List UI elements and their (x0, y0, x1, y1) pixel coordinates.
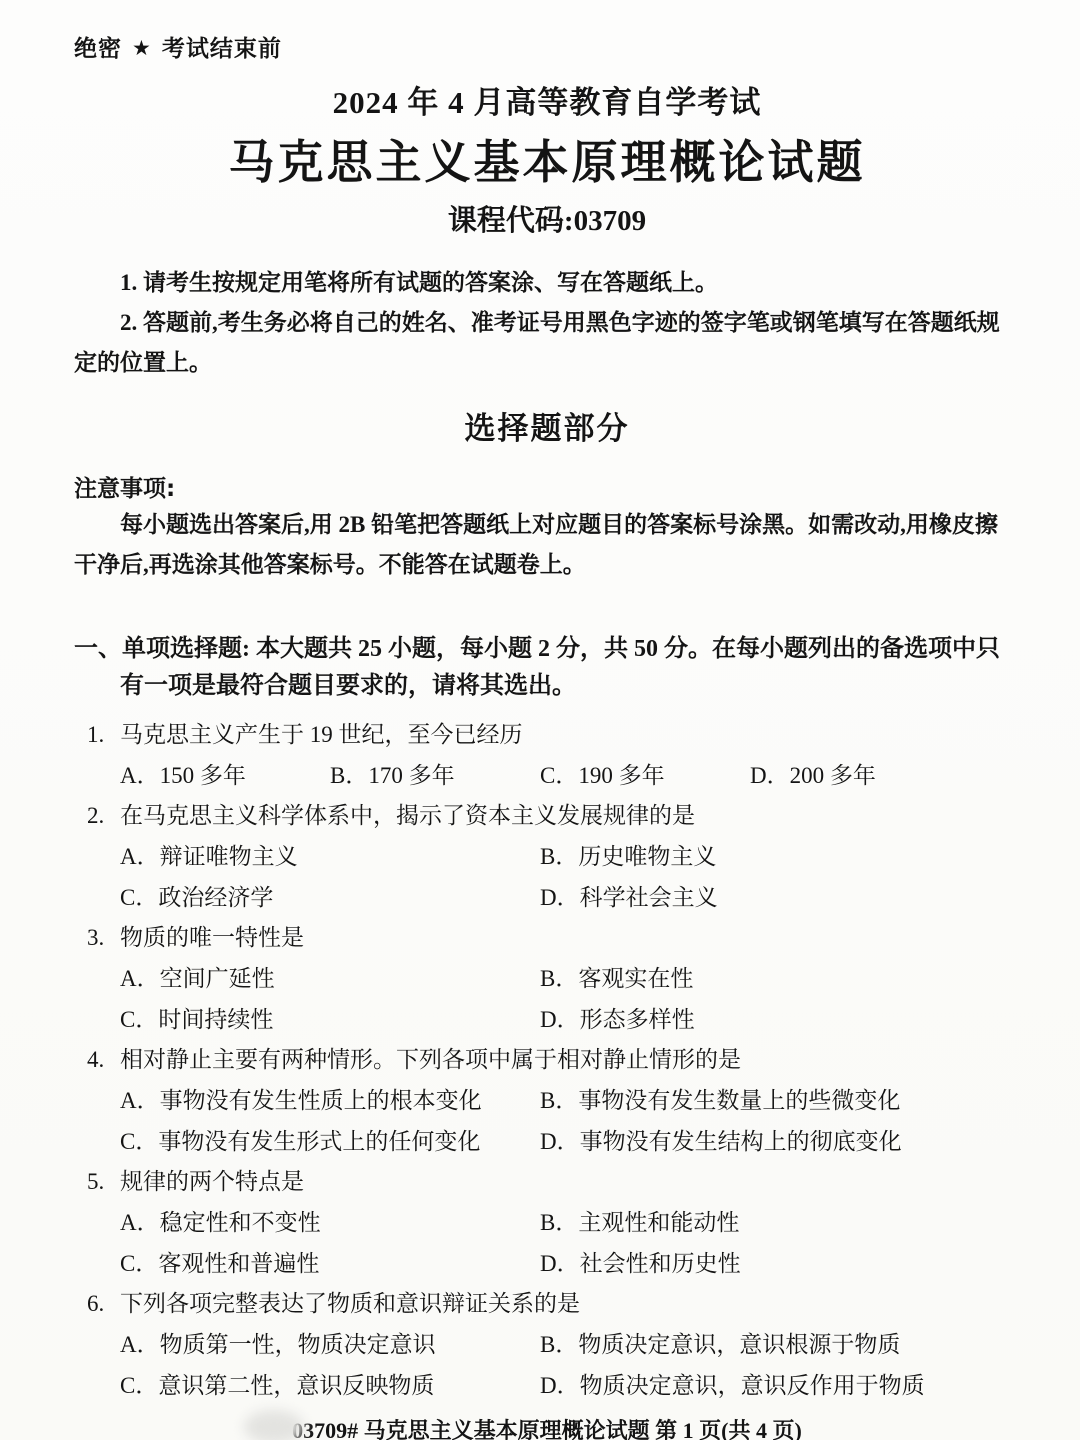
option-c: C．190 多年 (540, 755, 750, 796)
question-3: 3. 物质的唯一特性是 A．空间广延性 B．客观实在性 C．时间持续性 D．形态… (74, 918, 1020, 1040)
question-number: 4. (74, 1040, 120, 1080)
classification-banner: 绝密 ★ 考试结束前 (74, 30, 1020, 63)
question-stem: 在马克思主义科学体系中，揭示了资本主义发展规律的是 (120, 796, 1020, 836)
option-d: D．物质决定意识，意识反作用于物质 (540, 1365, 1020, 1406)
option-c: C．事物没有发生形式上的任何变化 (120, 1121, 540, 1162)
question-options: A．稳定性和不变性 B．主观性和能动性 C．客观性和普遍性 D．社会性和历史性 (120, 1202, 1020, 1284)
page-footer: 03709# 马克思主义基本原理概论试题 第 1 页(共 4 页) (74, 1414, 1020, 1440)
option-d: D．形态多样性 (540, 999, 1020, 1040)
option-a: A．物质第一性，物质决定意识 (120, 1324, 540, 1365)
option-d: D．社会性和历史性 (540, 1243, 1020, 1284)
option-b: B．170 多年 (330, 755, 540, 796)
option-d: D．事物没有发生结构上的彻底变化 (540, 1121, 1020, 1162)
option-a: A．150 多年 (120, 755, 330, 796)
question-number: 2. (74, 796, 120, 836)
question-6: 6. 下列各项完整表达了物质和意识辩证关系的是 A．物质第一性，物质决定意识 B… (74, 1284, 1020, 1406)
option-d: D．科学社会主义 (540, 877, 1020, 918)
notes-body: 每小题选出答案后,用 2B 铅笔把答题纸上对应题目的答案标号涂黑。如需改动,用橡… (74, 505, 1020, 585)
classification-suffix: 考试结束前 (162, 30, 282, 63)
question-options: A．物质第一性，物质决定意识 B．物质决定意识，意识根源于物质 C．意识第二性，… (120, 1324, 1020, 1406)
paper-title: 马克思主义基本原理概论试题 (74, 126, 1020, 192)
question-number: 5. (74, 1162, 120, 1202)
option-b: B．物质决定意识，意识根源于物质 (540, 1324, 1020, 1365)
section-title: 选择题部分 (74, 403, 1020, 448)
star-icon: ★ (132, 36, 152, 60)
question-2: 2. 在马克思主义科学体系中，揭示了资本主义发展规律的是 A．辩证唯物主义 B．… (74, 796, 1020, 918)
option-c: C．客观性和普遍性 (120, 1243, 540, 1284)
option-b: B．事物没有发生数量上的些微变化 (540, 1080, 1020, 1121)
question-options: A．150 多年 B．170 多年 C．190 多年 D．200 多年 (120, 755, 1020, 796)
option-a: A．稳定性和不变性 (120, 1202, 540, 1243)
exam-paper-page: 绝密 ★ 考试结束前 2024 年 4 月高等教育自学考试 马克思主义基本原理概… (0, 0, 1080, 1440)
question-stem: 相对静止主要有两种情形。下列各项中属于相对静止情形的是 (120, 1040, 1020, 1080)
question-stem: 规律的两个特点是 (120, 1162, 1020, 1202)
question-1: 1. 马克思主义产生于 19 世纪，至今已经历 A．150 多年 B．170 多… (74, 715, 1020, 796)
option-d: D．200 多年 (750, 755, 1020, 796)
option-c: C．时间持续性 (120, 999, 540, 1040)
scan-smudge (244, 1410, 304, 1440)
question-number: 3. (74, 918, 120, 958)
option-b: B．客观实在性 (540, 958, 1020, 999)
part-one-heading: 一、单项选择题: 本大题共 25 小题，每小题 2 分，共 50 分。在每小题列… (74, 631, 1020, 705)
option-c: C．意识第二性，意识反映物质 (120, 1365, 540, 1406)
general-instructions: 1. 请考生按规定用笔将所有试题的答案涂、写在答题纸上。 2. 答题前,考生务必… (74, 263, 1020, 383)
question-number: 1. (74, 715, 120, 755)
question-list: 1. 马克思主义产生于 19 世纪，至今已经历 A．150 多年 B．170 多… (74, 715, 1020, 1406)
question-options: A．辩证唯物主义 B．历史唯物主义 C．政治经济学 D．科学社会主义 (120, 836, 1020, 918)
exam-session-title: 2024 年 4 月高等教育自学考试 (74, 77, 1020, 122)
question-options: A．事物没有发生性质上的根本变化 B．事物没有发生数量上的些微变化 C．事物没有… (120, 1080, 1020, 1162)
notes-heading: 注意事项: (74, 470, 1020, 503)
instruction-item: 2. 答题前,考生务必将自己的姓名、准考证号用黑色字迹的签字笔或钢笔填写在答题纸… (74, 303, 1020, 383)
option-a: A．辩证唯物主义 (120, 836, 540, 877)
classification-prefix: 绝密 (74, 30, 122, 63)
question-stem: 下列各项完整表达了物质和意识辩证关系的是 (120, 1284, 1020, 1324)
instruction-item: 1. 请考生按规定用笔将所有试题的答案涂、写在答题纸上。 (74, 263, 1020, 303)
question-options: A．空间广延性 B．客观实在性 C．时间持续性 D．形态多样性 (120, 958, 1020, 1040)
option-b: B．主观性和能动性 (540, 1202, 1020, 1243)
question-stem: 马克思主义产生于 19 世纪，至今已经历 (120, 715, 1020, 755)
course-code: 课程代码:03709 (74, 198, 1020, 239)
question-number: 6. (74, 1284, 120, 1324)
question-5: 5. 规律的两个特点是 A．稳定性和不变性 B．主观性和能动性 C．客观性和普遍… (74, 1162, 1020, 1284)
option-a: A．事物没有发生性质上的根本变化 (120, 1080, 540, 1121)
option-b: B．历史唯物主义 (540, 836, 1020, 877)
option-c: C．政治经济学 (120, 877, 540, 918)
page-footer-text: 03709# 马克思主义基本原理概论试题 第 1 页(共 4 页) (292, 1418, 802, 1440)
option-a: A．空间广延性 (120, 958, 540, 999)
question-stem: 物质的唯一特性是 (120, 918, 1020, 958)
question-4: 4. 相对静止主要有两种情形。下列各项中属于相对静止情形的是 A．事物没有发生性… (74, 1040, 1020, 1162)
